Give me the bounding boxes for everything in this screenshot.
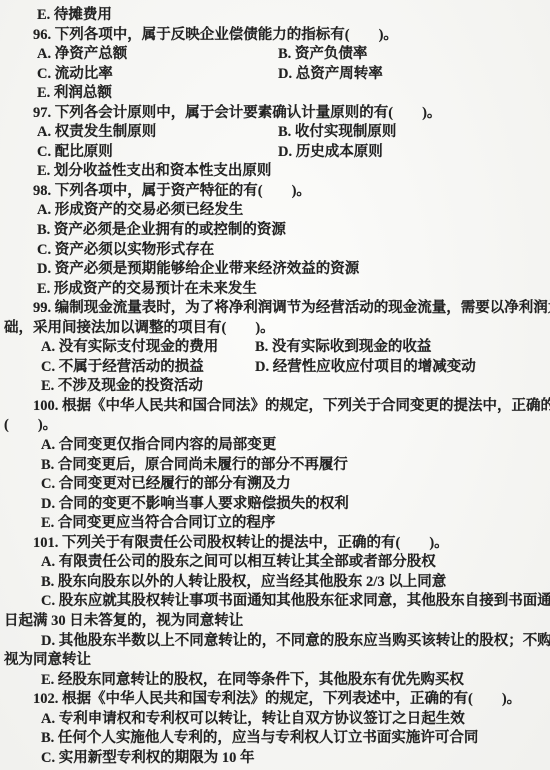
line-text: B. 资产必须是企业拥有的或控制的资源 [37, 222, 286, 238]
option-line: E. 待摊费用 [0, 6, 550, 26]
option-line: E. 划分收益性支出和资本性支出原则 [0, 162, 550, 182]
question-line: 99. 编制现金流量表时，为了将净利润调节为经营活动的现金流量，需要以净利润为基 [0, 299, 550, 319]
option-line: B. 合同变更后，原合同尚未履行的部分不再履行 [0, 456, 550, 476]
line-text: 96. 下列各项中，属于反映企业偿债能力的指标有( )。 [33, 27, 398, 43]
question-line: 101. 下列关于有限责任公司股权转让的提法中，正确的有( )。 [0, 534, 550, 554]
scanned-exam-page: E. 待摊费用 96. 下列各项中，属于反映企业偿债能力的指标有( )。 A. … [0, 0, 550, 770]
line-text: 99. 编制现金流量表时，为了将净利润调节为经营活动的现金流量，需要以净利润为基 [33, 300, 550, 316]
option-line: A. 有限责任公司的股东之间可以相互转让其全部或者部分股权 [0, 553, 550, 573]
line-text: C. 不属于经营活动的损益 [41, 359, 204, 375]
line-text: E. 合同变更应当符合合同订立的程序 [41, 515, 275, 531]
line-text: E. 形成资产的交易预计在未来发生 [37, 281, 257, 297]
line-text: 97. 下列各会计原则中，属于会计要素确认计量原则的有( )。 [33, 105, 441, 121]
option-col2: D. 历史成本原则 [278, 143, 383, 163]
option-line: C. 合同变更对已经履行的部分有溯及力 [0, 475, 550, 495]
option-line: E. 不涉及现金的投资活动 [0, 377, 550, 397]
line-text: 101. 下列关于有限责任公司股权转让的提法中，正确的有( )。 [33, 535, 449, 551]
line-text: B. 股东向股东以外的人转让股权，应当经其他股东 2/3 以上同意 [41, 574, 446, 590]
question-line: 97. 下列各会计原则中，属于会计要素确认计量原则的有( )。 [0, 104, 550, 124]
line-text: 础，采用间接法加以调整的项目有( )。 [4, 320, 275, 336]
line-text: D. 其他股东半数以上不同意转让的，不同意的股东应当购买该转让的股权；不购买的， [41, 633, 550, 649]
option-line: B. 股东向股东以外的人转让股权，应当经其他股东 2/3 以上同意 [0, 573, 550, 593]
line-text: A. 没有实际支付现金的费用 [41, 339, 218, 355]
line-text: E. 划分收益性支出和资本性支出原则 [37, 163, 271, 179]
option-line: E. 利润总额 [0, 84, 550, 104]
line-text: A. 净资产总额 [37, 46, 127, 62]
option-line: E. 合同变更应当符合合同订立的程序 [0, 514, 550, 534]
line-text: C. 股东应就其股权转让事项书面通知其他股东征求同意，其他股东自接到书面通知之 [41, 593, 550, 609]
line-text: B. 任何个人实施他人专利的，应当与专利权人订立书面实施许可合同 [41, 730, 478, 746]
question-line: 98. 下列各项中，属于资产特征的有( )。 [0, 182, 550, 202]
continuation-line: ( )。 [0, 416, 550, 436]
option-line: A. 形成资产的交易必须已经发生 [0, 201, 550, 221]
line-text: ( )。 [4, 417, 57, 433]
option-col2: B. 资产负债率 [278, 45, 367, 65]
line-text: A. 合同变更仅指合同内容的局部变更 [41, 437, 276, 453]
line-text: C. 资产必须以实物形式存在 [37, 242, 214, 258]
line-text: C. 流动比率 [37, 66, 113, 82]
continuation-line: 视为同意转让 [0, 651, 550, 671]
line-text: B. 合同变更后，原合同尚未履行的部分不再履行 [41, 457, 348, 473]
option-col2: B. 没有实际收到现金的收益 [255, 338, 431, 358]
option-line: A. 没有实际支付现金的费用B. 没有实际收到现金的收益 [0, 338, 550, 358]
option-line: A. 权责发生制原则B. 收付实现制原则 [0, 123, 550, 143]
option-col2: D. 总资产周转率 [278, 65, 383, 85]
option-line: E. 形成资产的交易预计在未来发生 [0, 280, 550, 300]
line-text: 100. 根据《中华人民共和国合同法》的规定，下列关于合同变更的提法中，正确的有 [33, 398, 550, 414]
line-text: D. 资产必须是预期能够给企业带来经济效益的资源 [37, 261, 359, 277]
option-line: C. 资产必须以实物形式存在 [0, 241, 550, 261]
line-text: E. 不涉及现金的投资活动 [41, 378, 203, 394]
option-line: C. 股东应就其股权转让事项书面通知其他股东征求同意，其他股东自接到书面通知之 [0, 592, 550, 612]
question-line: 102. 根据《中华人民共和国专利法》的规定，下列表述中，正确的有( )。 [0, 690, 550, 710]
line-text: E. 利润总额 [37, 85, 112, 101]
line-text: C. 配比原则 [37, 144, 113, 160]
option-line: A. 合同变更仅指合同内容的局部变更 [0, 436, 550, 456]
line-text: A. 形成资产的交易必须已经发生 [37, 202, 243, 218]
option-line: E. 经股东同意转让的股权，在同等条件下，其他股东有优先购买权 [0, 671, 550, 691]
option-line: B. 任何个人实施他人专利的，应当与专利权人订立书面实施许可合同 [0, 729, 550, 749]
option-col2: B. 收付实现制原则 [278, 123, 396, 143]
line-text: D. 合同的变更不影响当事人要求赔偿损失的权利 [41, 496, 349, 512]
question-line: 96. 下列各项中，属于反映企业偿债能力的指标有( )。 [0, 26, 550, 46]
option-line: A. 专利申请权和专利权可以转让，转让自双方协议签订之日起生效 [0, 710, 550, 730]
question-line: 100. 根据《中华人民共和国合同法》的规定，下列关于合同变更的提法中，正确的有 [0, 397, 550, 417]
option-line: D. 其他股东半数以上不同意转让的，不同意的股东应当购买该转让的股权；不购买的， [0, 632, 550, 652]
option-line: D. 资产必须是预期能够给企业带来经济效益的资源 [0, 260, 550, 280]
continuation-line: 础，采用间接法加以调整的项目有( )。 [0, 319, 550, 339]
line-text: A. 权责发生制原则 [37, 124, 156, 140]
option-line: B. 资产必须是企业拥有的或控制的资源 [0, 221, 550, 241]
line-text: 102. 根据《中华人民共和国专利法》的规定，下列表述中，正确的有( )。 [33, 691, 521, 707]
line-text: 日起满 30 日未答复的，视为同意转让 [4, 613, 243, 629]
line-text: A. 专利申请权和专利权可以转让，转让自双方协议签订之日起生效 [41, 711, 465, 727]
line-text: E. 经股东同意转让的股权，在同等条件下，其他股东有优先购买权 [41, 672, 464, 688]
line-text: 视为同意转让 [4, 652, 91, 668]
option-line: C. 流动比率D. 总资产周转率 [0, 65, 550, 85]
line-text: C. 实用新型专利权的期限为 10 年 [41, 750, 254, 766]
line-text: E. 待摊费用 [37, 7, 112, 23]
line-text: A. 有限责任公司的股东之间可以相互转让其全部或者部分股权 [41, 554, 436, 570]
line-text: 98. 下列各项中，属于资产特征的有( )。 [33, 183, 311, 199]
option-line: D. 合同的变更不影响当事人要求赔偿损失的权利 [0, 495, 550, 515]
option-line: C. 配比原则D. 历史成本原则 [0, 143, 550, 163]
line-text: C. 合同变更对已经履行的部分有溯及力 [41, 476, 291, 492]
option-line: C. 实用新型专利权的期限为 10 年 [0, 749, 550, 769]
option-col2: D. 经营性应收应付项目的增减变动 [255, 358, 476, 378]
option-line: C. 不属于经营活动的损益D. 经营性应收应付项目的增减变动 [0, 358, 550, 378]
option-line: A. 净资产总额B. 资产负债率 [0, 45, 550, 65]
continuation-line: 日起满 30 日未答复的，视为同意转让 [0, 612, 550, 632]
